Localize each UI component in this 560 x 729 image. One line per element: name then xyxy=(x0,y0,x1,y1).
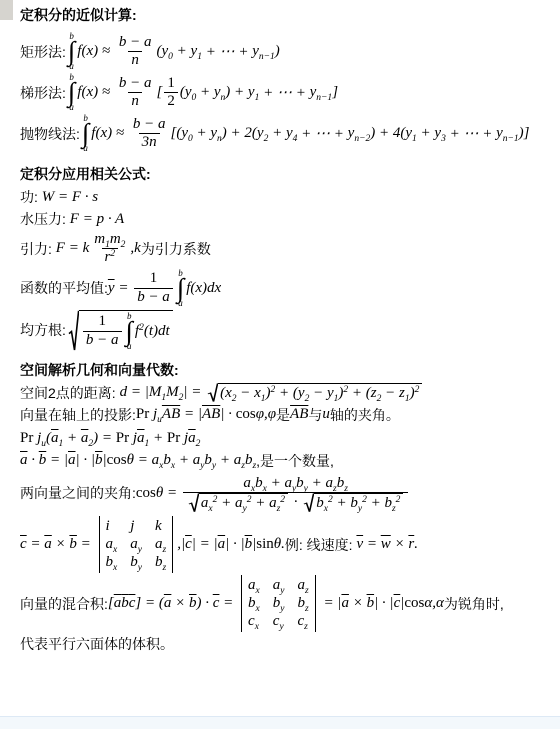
integral-lower-bound: a xyxy=(178,299,183,308)
math-text: + xyxy=(216,452,234,469)
integral: b∫a xyxy=(68,73,75,112)
determinant-cell: ax xyxy=(106,536,118,553)
math-text: F = p · A xyxy=(70,211,124,228)
math-scripted: y0 xyxy=(161,43,172,60)
cjk-text: 为引力系数 xyxy=(141,239,211,259)
fraction-denominator: 2 xyxy=(164,92,178,110)
math-text: | · xyxy=(220,406,235,423)
fraction: b − an xyxy=(116,34,155,70)
determinant-cell: cz xyxy=(297,613,308,630)
determinant-cell: ay xyxy=(130,536,142,553)
math-text: + xyxy=(417,125,435,142)
math-scripted: yn−1 xyxy=(496,125,519,142)
determinant-cell: ay xyxy=(273,577,285,594)
fraction-denominator: r2 xyxy=(102,248,119,266)
math-vector: a xyxy=(68,452,76,469)
math-text: − xyxy=(381,385,399,402)
formula-cross-product: c = a × b = ijkaxayazbxbybz,|c| = |a| · … xyxy=(20,516,556,573)
integral-lower-bound: a xyxy=(127,342,132,351)
cjk-text: 水压力: xyxy=(20,209,70,229)
math-text: Pr xyxy=(20,430,37,447)
formula-work: 功: W = F · s xyxy=(20,187,556,207)
math-scripted: ju xyxy=(37,430,46,447)
fraction: 12 xyxy=(164,75,178,111)
math-scripted: y3 xyxy=(434,125,445,142)
math-text: + ( xyxy=(275,385,298,402)
math-scripted: y1 xyxy=(191,43,202,60)
math-text: = xyxy=(115,280,133,297)
text-parallelepiped-volume: 代表平行六面体的体积。 xyxy=(20,634,556,654)
math-scripted: M1 xyxy=(149,384,166,401)
determinant-cell: bx xyxy=(248,595,260,612)
determinant-cell: i xyxy=(106,518,118,535)
determinant-cell: k xyxy=(155,518,166,535)
math-scripted: bx2 xyxy=(316,495,332,512)
math-text: | = xyxy=(183,384,205,401)
math-scripted: ju xyxy=(153,406,162,423)
math-scripted: )2 xyxy=(338,385,348,402)
math-text: b − a xyxy=(133,116,166,133)
math-scripted: ax xyxy=(106,536,118,553)
math-text: b − a xyxy=(86,332,119,349)
fraction: 1b − a xyxy=(134,270,173,306)
math-scripted: yn xyxy=(210,125,221,142)
math-text: ) + xyxy=(225,84,248,101)
math-vector: b xyxy=(95,452,103,469)
cjk-text: 抛物线法: xyxy=(20,124,80,144)
determinant-cell: ax xyxy=(248,577,260,594)
radical-body: 1b − ab∫af2(t)dt xyxy=(79,310,173,351)
math-scripted: bx xyxy=(255,475,267,492)
math-vector: b xyxy=(39,452,47,469)
radical-sign-icon xyxy=(207,383,218,402)
math-text: + xyxy=(149,430,167,447)
math-vector: y xyxy=(108,280,115,297)
math-scripted: y2 xyxy=(257,125,268,142)
cjk-text: 引力: xyxy=(20,239,56,259)
radical: bx2 + by2 + bz2 xyxy=(303,493,403,512)
math-scripted: yn−1 xyxy=(310,84,333,101)
determinant: axayazbxbybzcxcycz xyxy=(241,575,316,632)
fraction-numerator: b − a xyxy=(130,116,169,133)
math-text: )] xyxy=(519,125,530,142)
math-text: + xyxy=(196,84,214,101)
determinant-cell: az xyxy=(155,536,166,553)
math-scripted: )2 xyxy=(266,385,276,402)
integral-lower-bound: a xyxy=(83,144,88,153)
math-text: f(x) ≈ xyxy=(77,84,114,101)
math-scripted: yn xyxy=(214,84,225,101)
math-scripted: x2 xyxy=(225,385,236,402)
fraction: b − a3n xyxy=(130,116,169,152)
math-text: k xyxy=(155,518,162,535)
cjk-text: 例: 线速度: xyxy=(285,535,357,555)
formula-distance-two-points: 空间2点的距离: d = |M1M2| = (x2 − x1)2 + (y2 −… xyxy=(20,383,556,403)
math-scripted: cx xyxy=(248,613,259,630)
math-scripted: by xyxy=(273,595,285,612)
formula-angle-between-vectors: 两向量之间的夹角:cosθ = axbx + ayby + azbzax2 + … xyxy=(20,475,556,513)
document-body: 定积分的近似计算: 矩形法:b∫af(x) ≈ b − an(y0 + y1 +… xyxy=(0,0,560,656)
determinant: ijkaxayazbxbybz xyxy=(99,516,174,573)
math-scripted: r2 xyxy=(105,249,116,266)
fraction: 1b − a xyxy=(83,313,122,349)
math-scripted: ax xyxy=(248,577,260,594)
math-text: [( xyxy=(170,125,181,142)
fraction-numerator: 1 xyxy=(147,270,161,287)
math-text: θ. xyxy=(274,536,285,553)
math-text: + ⋯ + xyxy=(202,42,252,61)
math-text: d = | xyxy=(120,384,149,401)
math-text: | · | xyxy=(225,536,245,553)
math-vector: AB xyxy=(162,406,180,423)
integral-sign: ∫ xyxy=(177,278,184,299)
math-text: cos xyxy=(107,452,127,469)
math-text: ) + 4( xyxy=(370,125,405,142)
cjk-text: 空间2点的距离: xyxy=(20,383,120,403)
cjk-text: 是 xyxy=(276,405,290,425)
math-text: | · | xyxy=(374,595,394,612)
math-text: f(x) ≈ xyxy=(91,125,128,142)
math-scripted: y2 xyxy=(298,385,309,402)
cjk-text: 梯形法: xyxy=(20,83,66,103)
math-text: F = k xyxy=(56,240,89,257)
determinant-cell: bx xyxy=(106,554,118,571)
math-text: ] = ( xyxy=(135,595,163,612)
math-vector: b xyxy=(69,536,77,553)
math-vector: v xyxy=(356,536,363,553)
math-vector: b xyxy=(189,595,197,612)
math-text: ,k xyxy=(130,240,140,257)
math-vector-base: a xyxy=(51,430,59,446)
math-text: + xyxy=(367,495,385,512)
math-text: cos xyxy=(136,485,156,502)
determinant-cell: cx xyxy=(248,613,260,630)
formula-water-pressure: 水压力: F = p · A xyxy=(20,209,556,229)
integral: b∫a xyxy=(82,114,89,153)
math-text: 3n xyxy=(142,134,157,151)
math-text: 1 xyxy=(167,75,175,92)
cjk-text: 均方根: xyxy=(20,320,66,340)
fraction: axbx + ayby + azbzax2 + ay2 + az2 · bx2 … xyxy=(183,475,409,513)
math-scripted: az xyxy=(234,452,245,469)
formula-function-mean: 函数的平均值:y = 1b − ab∫af(x)dx xyxy=(20,269,556,308)
math-scripted: y0 xyxy=(181,125,192,142)
section-heading-approx: 定积分的近似计算: xyxy=(20,6,556,24)
math-text: + xyxy=(251,495,269,512)
math-text: + ( xyxy=(348,385,371,402)
math-vector: a xyxy=(164,595,172,612)
fraction: b − an xyxy=(116,75,155,111)
math-scripted: bz xyxy=(297,595,308,612)
math-vector: c xyxy=(185,536,192,553)
section-heading-vector: 空间解析几何和向量代数: xyxy=(20,361,556,379)
fraction-numerator: 1 xyxy=(95,313,109,330)
math-scripted: y4 xyxy=(286,125,297,142)
math-text: + xyxy=(63,430,81,447)
math-scripted: z2 xyxy=(371,385,382,402)
fraction-denominator: b − a xyxy=(83,331,122,349)
math-vector-base: a xyxy=(188,430,196,446)
math-scripted: az xyxy=(326,475,337,492)
formula-mixed-product: 向量的混合积:[abc] = (a × b) · c = axayazbxbyb… xyxy=(20,575,556,632)
math-vector: b xyxy=(367,595,375,612)
formula-vector-projection: 向量在轴上的投影:Pr juAB = |AB| · cosφ,φ是AB与u轴的夹… xyxy=(20,405,556,425)
math-text: Pr xyxy=(136,406,153,423)
math-text: × xyxy=(349,595,367,612)
math-text: θ = xyxy=(156,485,181,502)
math-text: + xyxy=(217,495,235,512)
math-scripted: m2 xyxy=(110,231,126,248)
math-scripted: ay2 xyxy=(235,495,251,512)
math-scripted: bx xyxy=(106,554,118,571)
integral-sign: ∫ xyxy=(68,41,75,62)
math-text: = xyxy=(363,536,381,553)
math-scripted: y0 xyxy=(185,84,196,101)
formula-root-mean-square: 均方根:1b − ab∫af2(t)dt xyxy=(20,310,556,351)
cjk-text: 为锐角时, xyxy=(444,594,504,614)
math-scripted: cy xyxy=(273,613,284,630)
integral: b∫a xyxy=(126,312,133,351)
math-scripted: ax2 xyxy=(201,495,217,512)
math-text: 1 xyxy=(98,313,106,330)
math-scripted: )2 xyxy=(410,385,420,402)
radical: 1b − ab∫af2(t)dt xyxy=(68,310,173,351)
integral: b∫a xyxy=(177,269,184,308)
math-text: ,| xyxy=(177,536,185,553)
math-text: 1 xyxy=(150,270,158,287)
math-text: α,α xyxy=(424,595,444,612)
math-scripted: bx xyxy=(163,452,175,469)
math-vector: a1 xyxy=(51,430,63,447)
fraction-numerator: m1m2 xyxy=(91,231,128,248)
math-scripted: bz2 xyxy=(384,495,400,512)
math-scripted: by xyxy=(296,475,308,492)
math-text: θ = xyxy=(127,452,152,469)
math-text: f(x) ≈ xyxy=(77,43,114,60)
math-text: + xyxy=(333,495,351,512)
math-vector: a1 xyxy=(137,430,149,447)
math-text: + ⋯ + xyxy=(259,83,309,102)
math-text: ) xyxy=(275,43,280,60)
fraction-denominator: n xyxy=(128,51,142,69)
math-text: = | xyxy=(46,452,68,469)
math-text: n xyxy=(131,93,139,110)
math-vector: a2 xyxy=(81,430,93,447)
cjk-text: ,是一个数量, xyxy=(256,451,334,471)
math-text: + ⋯ + xyxy=(446,124,496,143)
math-text: = | xyxy=(180,406,202,423)
math-text: cos xyxy=(236,406,256,423)
math-scripted: bz xyxy=(337,475,348,492)
math-vector: w xyxy=(381,536,391,553)
math-scripted: ay xyxy=(130,536,142,553)
cjk-text: 向量在轴上的投影: xyxy=(20,405,136,425)
math-vector: c xyxy=(213,595,220,612)
math-scripted: f2 xyxy=(135,323,144,340)
math-text: Pr xyxy=(167,430,184,447)
math-vector: b xyxy=(121,595,129,612)
integral-lower-bound: a xyxy=(69,62,74,71)
math-scripted: az xyxy=(297,577,308,594)
math-text: + xyxy=(193,125,211,142)
math-vector: a xyxy=(20,452,28,469)
math-text: | · | xyxy=(76,452,96,469)
radical: ax2 + ay2 + az2 xyxy=(188,493,288,512)
math-vector: a2 xyxy=(188,430,200,447)
math-scripted: bz xyxy=(155,554,166,571)
math-text: ) + 2( xyxy=(222,125,257,142)
math-vector: b xyxy=(245,536,253,553)
fraction-denominator: ax2 + ay2 + az2 · bx2 + by2 + bz2 xyxy=(183,492,409,512)
radical-body: bx2 + by2 + bz2 xyxy=(314,493,403,512)
math-text: × xyxy=(52,536,70,553)
math-scripted: y1 xyxy=(248,84,259,101)
math-text: b − a xyxy=(119,34,152,51)
radical: (x2 − x1)2 + (y2 − y1)2 + (z2 − z1)2 xyxy=(207,383,422,402)
math-text: φ,φ xyxy=(256,406,276,423)
math-text: b − a xyxy=(137,289,170,306)
math-text: cos xyxy=(404,595,424,612)
radical-sign-icon xyxy=(188,493,199,512)
math-vector: a xyxy=(341,595,349,612)
math-text: Pr xyxy=(116,430,133,447)
math-scripted: by xyxy=(204,452,216,469)
math-text: 2 xyxy=(167,93,175,110)
math-text: j xyxy=(130,518,134,535)
fraction-numerator: axbx + ayby + azbz xyxy=(240,475,351,492)
cjk-text: 功: xyxy=(20,187,42,207)
math-vector: a xyxy=(218,536,226,553)
math-text: u xyxy=(322,406,330,423)
math-scripted: ay xyxy=(284,475,296,492)
cjk-text: 向量的混合积: xyxy=(20,594,108,614)
math-text: − xyxy=(237,385,255,402)
math-text: . xyxy=(414,536,418,553)
math-text: f(x)dx xyxy=(186,280,221,297)
math-text: ) · xyxy=(197,595,213,612)
radical-body: ax2 + ay2 + az2 xyxy=(199,493,288,512)
math-text: n xyxy=(131,52,139,69)
cjk-text: 轴的夹角。 xyxy=(330,405,400,425)
math-text: + xyxy=(267,475,285,492)
determinant-cell: az xyxy=(297,577,308,594)
math-scripted: y1 xyxy=(327,385,338,402)
math-text: = xyxy=(77,536,95,553)
math-scripted: ay xyxy=(273,577,285,594)
math-scripted: by xyxy=(130,554,142,571)
cjk-text: 两向量之间的夹角: xyxy=(20,483,136,503)
cjk-text: 代表平行六面体的体积。 xyxy=(20,634,174,654)
determinant-cell: j xyxy=(130,518,142,535)
math-scripted: az2 xyxy=(269,495,285,512)
fraction-denominator: 3n xyxy=(139,133,160,151)
math-scripted: ax xyxy=(243,475,255,492)
radical-sign-icon xyxy=(68,310,79,351)
math-vector: c xyxy=(20,536,27,553)
integral-lower-bound: a xyxy=(69,103,74,112)
formula-rectangle-rule: 矩形法:b∫af(x) ≈ b − an(y0 + y1 + ⋯ + yn−1) xyxy=(20,32,556,71)
integral: b∫a xyxy=(68,32,75,71)
determinant-cell: by xyxy=(273,595,285,612)
math-scripted: m1 xyxy=(94,231,110,248)
fraction: m1m2r2 xyxy=(91,231,128,267)
math-text: = xyxy=(219,595,237,612)
math-text: × xyxy=(391,536,409,553)
math-text: W = F · s xyxy=(42,189,98,206)
math-vector: c xyxy=(394,595,401,612)
math-text: sin xyxy=(256,536,274,553)
math-text: ) = xyxy=(93,430,116,447)
math-text: [ xyxy=(156,84,162,101)
section-heading-applications: 定积分应用相关公式: xyxy=(20,165,556,183)
formula-trapezoid-rule: 梯形法:b∫af(x) ≈ b − an[12(y0 + yn) + y1 + … xyxy=(20,73,556,112)
math-scripted: ay xyxy=(193,452,205,469)
integral-sign: ∫ xyxy=(126,321,133,342)
math-text: ] xyxy=(332,84,338,101)
math-text: | = | xyxy=(192,536,218,553)
fraction-numerator: b − a xyxy=(116,75,155,92)
math-text: × xyxy=(171,595,189,612)
math-text: + xyxy=(308,475,326,492)
integral-sign: ∫ xyxy=(68,82,75,103)
math-text: · xyxy=(290,494,301,511)
math-scripted: cz xyxy=(297,613,307,630)
radical-body: (x2 − x1)2 + (y2 − y1)2 + (z2 − z1)2 xyxy=(218,383,422,402)
cjk-text: 与 xyxy=(308,405,322,425)
math-vector: a xyxy=(44,536,52,553)
math-scripted: az xyxy=(155,536,166,553)
math-text: · xyxy=(28,452,39,469)
math-scripted: bx xyxy=(248,595,260,612)
fraction-denominator: b − a xyxy=(134,288,173,306)
math-scripted: z1 xyxy=(399,385,410,402)
fraction-denominator: n xyxy=(128,92,142,110)
determinant-cell: bz xyxy=(297,595,308,612)
cjk-text: 函数的平均值: xyxy=(20,278,108,298)
math-text: + ⋯ + xyxy=(297,124,347,143)
math-text: + xyxy=(268,125,286,142)
math-text: b − a xyxy=(119,75,152,92)
math-text: i xyxy=(106,518,110,535)
math-scripted: M2 xyxy=(166,384,183,401)
math-vector: a xyxy=(114,595,122,612)
cjk-text: 矩形法: xyxy=(20,42,66,62)
math-vector: AB xyxy=(290,406,308,423)
math-scripted: x1 xyxy=(254,385,265,402)
determinant-cell: by xyxy=(130,554,142,571)
formula-gravitation: 引力: F = km1m2r2,k为引力系数 xyxy=(20,231,556,267)
bottom-strip xyxy=(0,716,560,729)
determinant-cell: bz xyxy=(155,554,166,571)
math-scripted: bz xyxy=(245,452,256,469)
math-text: (t)dt xyxy=(144,323,170,340)
math-scripted: yn−2 xyxy=(348,125,371,142)
math-scripted: y1 xyxy=(405,125,416,142)
radical-sign-icon xyxy=(303,493,314,512)
formula-dot-product: a · b = |a| · |b|cosθ = axbx + ayby + az… xyxy=(20,451,556,471)
math-text: = xyxy=(27,536,45,553)
determinant-cell: cy xyxy=(273,613,285,630)
fraction-numerator: b − a xyxy=(116,34,155,51)
math-scripted: yn−1 xyxy=(252,43,275,60)
fraction-numerator: 1 xyxy=(164,75,178,92)
math-text: + xyxy=(175,452,193,469)
math-text: − xyxy=(309,385,327,402)
math-text: + xyxy=(173,43,191,60)
formula-parabola-rule: 抛物线法:b∫af(x) ≈ b − a3n[(y0 + yn) + 2(y2 … xyxy=(20,114,556,153)
math-text: = | xyxy=(320,595,342,612)
math-vector: AB xyxy=(202,406,220,423)
